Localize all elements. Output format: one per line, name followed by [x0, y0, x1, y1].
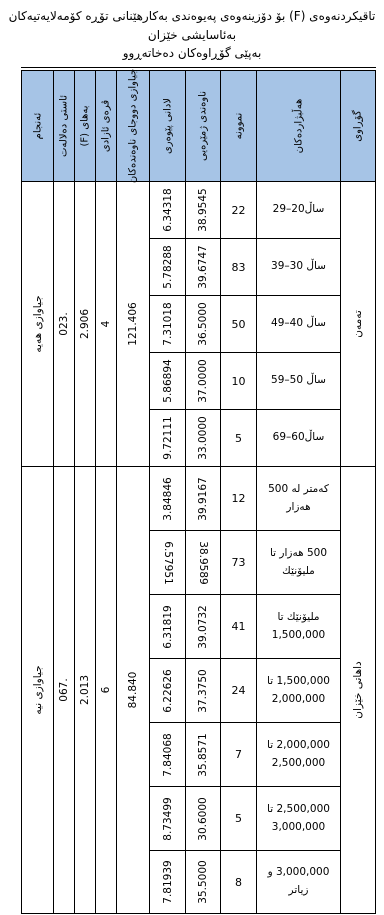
option-cell: ملیۆنێك تا 1,500,000: [257, 595, 341, 659]
mean-value: 39.6747: [186, 239, 221, 296]
option-cell: 3,000,000 و زیاتر: [257, 851, 341, 915]
mean-square-diff-text: 121.406: [127, 303, 139, 346]
mean-value-text: 35.5000: [197, 860, 209, 903]
option-cell: 500 هەزار تا ملیۆنێك: [257, 531, 341, 595]
sig-value-text: .023: [58, 313, 70, 336]
mean-value-text: 33.0000: [197, 417, 209, 460]
sample-count: 22: [221, 182, 257, 239]
mean-value: 39.9167: [186, 467, 221, 531]
sample-count: 5: [221, 410, 257, 467]
mean-value-text: 36.5000: [197, 303, 209, 346]
table-row: داهاتی خێزانکەمتر لە 500 هەزار1239.91673…: [22, 467, 376, 531]
mean-value-text: 38.9545: [197, 189, 209, 232]
header-df: ڤرەی ئازادی: [96, 69, 117, 182]
anova-table: گۆڕاوی هەڵبژاردەکان نموونە ناوەندی ژمێرە…: [21, 67, 376, 915]
mean-value: 38.9545: [186, 182, 221, 239]
mean-square-diff-text: 84.840: [127, 672, 139, 709]
mean-value: 39.0732: [186, 595, 221, 659]
mean-value-text: 38.9589: [197, 541, 209, 584]
sd-value-text: 3.84846: [162, 477, 174, 520]
header-result: ئەنجام: [22, 69, 54, 182]
mean-value: 37.3750: [186, 659, 221, 723]
sample-count: 73: [221, 531, 257, 595]
option-cell: 2,000,000 تا 2,500,000: [257, 723, 341, 787]
sd-value: 8.73499: [150, 787, 186, 851]
sig-value: .023: [54, 182, 75, 467]
df-value: 6: [96, 467, 117, 915]
sd-value: 7.84068: [150, 723, 186, 787]
section-0: تەمەنساڵ20–292238.95456.34318121.40642.9…: [22, 182, 376, 467]
sd-value: 5.86894: [150, 353, 186, 410]
f-value: 2.013: [75, 467, 96, 915]
mean-value-text: 30.6000: [197, 797, 209, 840]
df-value: 4: [96, 182, 117, 467]
sd-value-text: 6.57951: [162, 541, 174, 584]
result-value-text: جیاوازی نیە: [32, 665, 44, 714]
sd-value: 3.84846: [150, 467, 186, 531]
sd-value: 9.72111: [150, 410, 186, 467]
table-row: تەمەنساڵ20–292238.95456.34318121.40642.9…: [22, 182, 376, 239]
mean-value: 30.6000: [186, 787, 221, 851]
sample-count: 12: [221, 467, 257, 531]
f-value: 2.906: [75, 182, 96, 467]
mean-value-text: 35.8571: [197, 733, 209, 776]
mean-value-text: 39.9167: [197, 477, 209, 520]
doc-title-line2: بەپێی گۆڕاوەکان دەخاتەڕوو: [6, 44, 378, 63]
sample-count: 10: [221, 353, 257, 410]
sd-value-text: 7.81939: [162, 860, 174, 903]
option-cell: ساڵ 40–49: [257, 296, 341, 353]
sample-count: 83: [221, 239, 257, 296]
df-value-text: 6: [100, 687, 112, 694]
result-value: جیاوازی هەیە: [22, 182, 54, 467]
mean-value: 35.8571: [186, 723, 221, 787]
sig-value: .067: [54, 467, 75, 915]
sd-value: 5.78288: [150, 239, 186, 296]
header-sample: نموونە: [221, 69, 257, 182]
option-cell: ساڵ60–69: [257, 410, 341, 467]
group-label-text: داهاتی خێزان: [352, 661, 364, 718]
sig-value-text: .067: [58, 678, 70, 701]
section-1: داهاتی خێزانکەمتر لە 500 هەزار1239.91673…: [22, 467, 376, 915]
sd-value-text: 5.86894: [162, 360, 174, 403]
option-cell: 2,500,000 تا 3,000,000: [257, 787, 341, 851]
sd-value: 6.22626: [150, 659, 186, 723]
mean-value: 35.5000: [186, 851, 221, 915]
mean-value: 38.9589: [186, 531, 221, 595]
sd-value: 6.31819: [150, 595, 186, 659]
result-value: جیاوازی نیە: [22, 467, 54, 915]
sample-count: 50: [221, 296, 257, 353]
sd-value-text: 9.72111: [162, 417, 174, 460]
mean-square-diff: 121.406: [117, 182, 150, 467]
sample-count: 7: [221, 723, 257, 787]
df-value-text: 4: [100, 321, 112, 328]
f-value-text: 2.906: [79, 309, 91, 339]
option-cell: کەمتر لە 500 هەزار: [257, 467, 341, 531]
sd-value-text: 6.22626: [162, 669, 174, 712]
mean-value-text: 37.0000: [197, 360, 209, 403]
sd-value-text: 7.84068: [162, 733, 174, 776]
header-options: هەڵبژاردەکان: [257, 69, 341, 182]
option-cell: ساڵ 30–39: [257, 239, 341, 296]
f-value-text: 2.013: [79, 675, 91, 705]
sd-value-text: 6.31819: [162, 605, 174, 648]
header-variable: گۆڕاوی: [341, 69, 376, 182]
result-value-text: جیاوازی هەیە: [32, 296, 44, 353]
sample-count: 24: [221, 659, 257, 723]
sd-value-text: 8.73499: [162, 797, 174, 840]
sd-value: 6.34318: [150, 182, 186, 239]
option-cell: ساڵ20–29: [257, 182, 341, 239]
sd-value-text: 7.31018: [162, 303, 174, 346]
header-significance: ئاستی دەلالەت: [54, 69, 75, 182]
header-mean: ناوەندی ژمێرەیی: [186, 69, 221, 182]
option-cell: ساڵ 50–59: [257, 353, 341, 410]
mean-square-diff: 84.840: [117, 467, 150, 915]
doc-title-line1: تاقیکردنەوەی (F) بۆ دۆزینەوەی پەیوەندی ب…: [6, 7, 378, 44]
table-header: گۆڕاوی هەڵبژاردەکان نموونە ناوەندی ژمێرە…: [22, 69, 376, 182]
sd-value: 7.31018: [150, 296, 186, 353]
sd-value-text: 6.34318: [162, 189, 174, 232]
doc-title: تاقیکردنەوەی (F) بۆ دۆزینەوەی پەیوەندی ب…: [6, 7, 378, 63]
sd-value: 7.81939: [150, 851, 186, 915]
mean-value: 36.5000: [186, 296, 221, 353]
option-cell: 1,500,000 تا 2,000,000: [257, 659, 341, 723]
header-std-dev: لادانی پێوەری: [150, 69, 186, 182]
mean-value-text: 39.6747: [197, 246, 209, 289]
sample-count: 5: [221, 787, 257, 851]
mean-value-text: 37.3750: [197, 669, 209, 712]
header-f-value: بەهای (F): [75, 69, 96, 182]
group-label-text: تەمەن: [352, 311, 364, 339]
mean-value: 33.0000: [186, 410, 221, 467]
mean-value-text: 39.0732: [197, 605, 209, 648]
mean-value: 37.0000: [186, 353, 221, 410]
sd-value: 6.57951: [150, 531, 186, 595]
group-label: داهاتی خێزان: [341, 467, 376, 915]
sample-count: 8: [221, 851, 257, 915]
header-mean-square-diff: جیاوازی دووجای ناوەندەکان: [117, 69, 150, 182]
sample-count: 41: [221, 595, 257, 659]
group-label: تەمەن: [341, 182, 376, 467]
sd-value-text: 5.78288: [162, 246, 174, 289]
